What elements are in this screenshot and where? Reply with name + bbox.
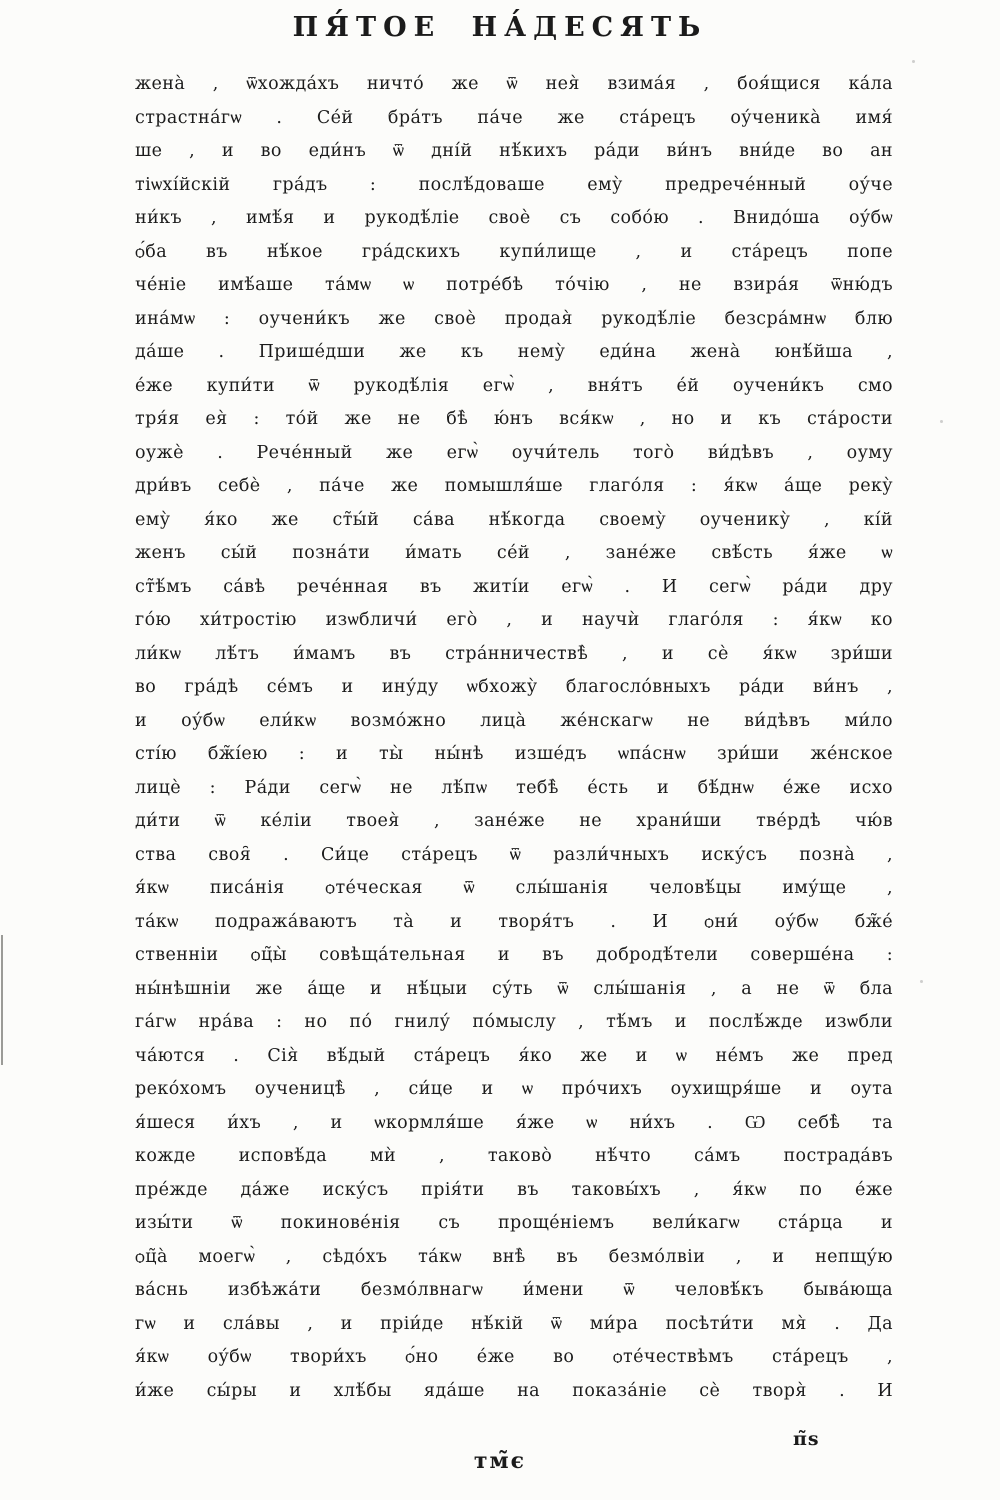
text-line: реко́хомъ оученицѣ̀ , си́це и ѡ про́чихъ… [135, 1073, 893, 1107]
text-line: ѻ́ба въ нѣ́кое гра́дскихъ купи́лище , и … [135, 236, 893, 270]
scanned-book-page: ПЯ́ТОЕ НА́ДЕСЯТЬ жена̀ , ѿхожда́хъ ничто… [0, 0, 1000, 1500]
text-line: я́шеся и́хъ , и ѡкормля́ше я́же ѡ ни́хъ … [135, 1107, 893, 1141]
text-line: жена̀ , ѿхожда́хъ ничто́ же ѿ нея̀ взима… [135, 68, 893, 102]
text-line: сті́ю бж̃і́ею : и ты̀ ны́нѣ изше́дъ ѡпа́… [135, 738, 893, 772]
text-line: женъ сы́й позна́ти и́мать се́й , зане́же… [135, 537, 893, 571]
chapter-heading: ПЯ́ТОЕ НА́ДЕСЯТЬ [0, 12, 1000, 43]
text-line: тря́я ея̀ : то́й же не бѣ̀ ю́нъ вся́кѡ ,… [135, 403, 893, 437]
text-line: тіѡхі́йскій гра́дъ : послѣ́доваше ему̀ п… [135, 169, 893, 203]
text-line: ча́ются . Сія̀ вѣ́дый ста́рецъ я́ко же и… [135, 1040, 893, 1074]
scan-edge-artifact [1, 935, 3, 1065]
quire-signature: п̃ѕ [793, 1428, 820, 1450]
text-line: страстна́гѡ . Се́й бра́тъ па́че же ста́р… [135, 102, 893, 136]
text-line: ва́снь избѣжа́ти безмо́лвнагѡ и́мени ѿ ч… [135, 1274, 893, 1308]
text-line: че́ніе имѣ́аше та́мѡ ѡ потре́бѣ то́чію ,… [135, 269, 893, 303]
text-line: ни́къ , имѣ́я и рукодѣ́ліе своѐ съ собо́… [135, 202, 893, 236]
text-line: да́ше . Прише́дши же къ нему̀ еди́на жен… [135, 336, 893, 370]
text-line: го́ю хи́тростію изѡбличи́ его̀ , и научѝ… [135, 604, 893, 638]
text-line: лицѐ : Ра́ди сегѡ̀ не лѣ́пѡ тебѣ̀ е́сть … [135, 772, 893, 806]
ink-speck [912, 60, 915, 63]
text-line: я́кѡ писа́нія ѻте́ческая ѿ слы́шанія чел… [135, 872, 893, 906]
text-line: ѻц̃а̀ моегѡ̀ , сѣдо́хъ та́кѡ внѣ̀ въ без… [135, 1241, 893, 1275]
body-text-block: жена̀ , ѿхожда́хъ ничто́ же ѿ нея̀ взима… [135, 68, 893, 1408]
text-line: ему̀ я́ко же ст̃ы́й са́ва нѣ́когда своем… [135, 504, 893, 538]
text-line: изы́ти ѿ покинове́нія съ проще́ніемъ вел… [135, 1207, 893, 1241]
text-line: ст̃ѣ́мъ са́вѣ рече́нная въ житі́и егѡ̀ .… [135, 571, 893, 605]
text-line: га́гѡ нра́ва : но по́ гнилу́ по́мыслу , … [135, 1006, 893, 1040]
text-line: ди́ти ѿ ке́ліи твоея̀ , зане́же не храни… [135, 805, 893, 839]
text-line: та́кѡ подража́ваютъ та̀ и творя́тъ . И ѻ… [135, 906, 893, 940]
ink-speck [940, 420, 943, 423]
text-line: кожде исповѣ́да мѝ , таково̀ нѣ́что са́м… [135, 1140, 893, 1174]
text-line: ства своя̑ . Си́це ста́рецъ ѿ разли́чных… [135, 839, 893, 873]
text-line: во гра́дѣ се́мъ и ину́ду ѡбхожу̀ благосл… [135, 671, 893, 705]
text-line: гѡ и сла́вы , и пріи́де нѣ́кій ѿ ми́ра п… [135, 1308, 893, 1342]
text-line: и оу́бѡ ели́кѡ возмо́жно лица̀ же́нскагѡ… [135, 705, 893, 739]
ink-speck [920, 980, 923, 983]
text-line: ина́мѡ : оучени́къ же своѐ продая̀ рукод… [135, 303, 893, 337]
text-line: ственніи ѻц̃ы̀ совѣща́тельная и въ добро… [135, 939, 893, 973]
text-line: ны́нѣшніи же а́ще и нѣ́цыи су́ть ѿ слы́ш… [135, 973, 893, 1007]
text-line: е́же купи́ти ѿ рукодѣ́лія егѡ̀ , вня́тъ … [135, 370, 893, 404]
page-number-cyrillic: тм̃є [0, 1448, 1000, 1474]
text-line: оужѐ . Рече́нный же егѡ̀ оучи́тель того̀… [135, 437, 893, 471]
text-line: и́же сы́ры и хлѣ́бы яда́ше на показа́ніе… [135, 1375, 893, 1409]
text-line: я́кѡ оу́бѡ твори́хъ ѻ́но е́же во ѻте́чес… [135, 1341, 893, 1375]
text-line: пре́жде да́же иску́съ прія́ти въ таковы́… [135, 1174, 893, 1208]
text-line: дри́въ себѐ , па́че же помышля́ше глаго́… [135, 470, 893, 504]
text-line: ше , и во еди́нъ ѿ дні́й нѣ́кихъ ра́ди в… [135, 135, 893, 169]
text-line: ли́кѡ лѣ́тъ и́мамъ въ стра́нничествѣ̀ , … [135, 638, 893, 672]
